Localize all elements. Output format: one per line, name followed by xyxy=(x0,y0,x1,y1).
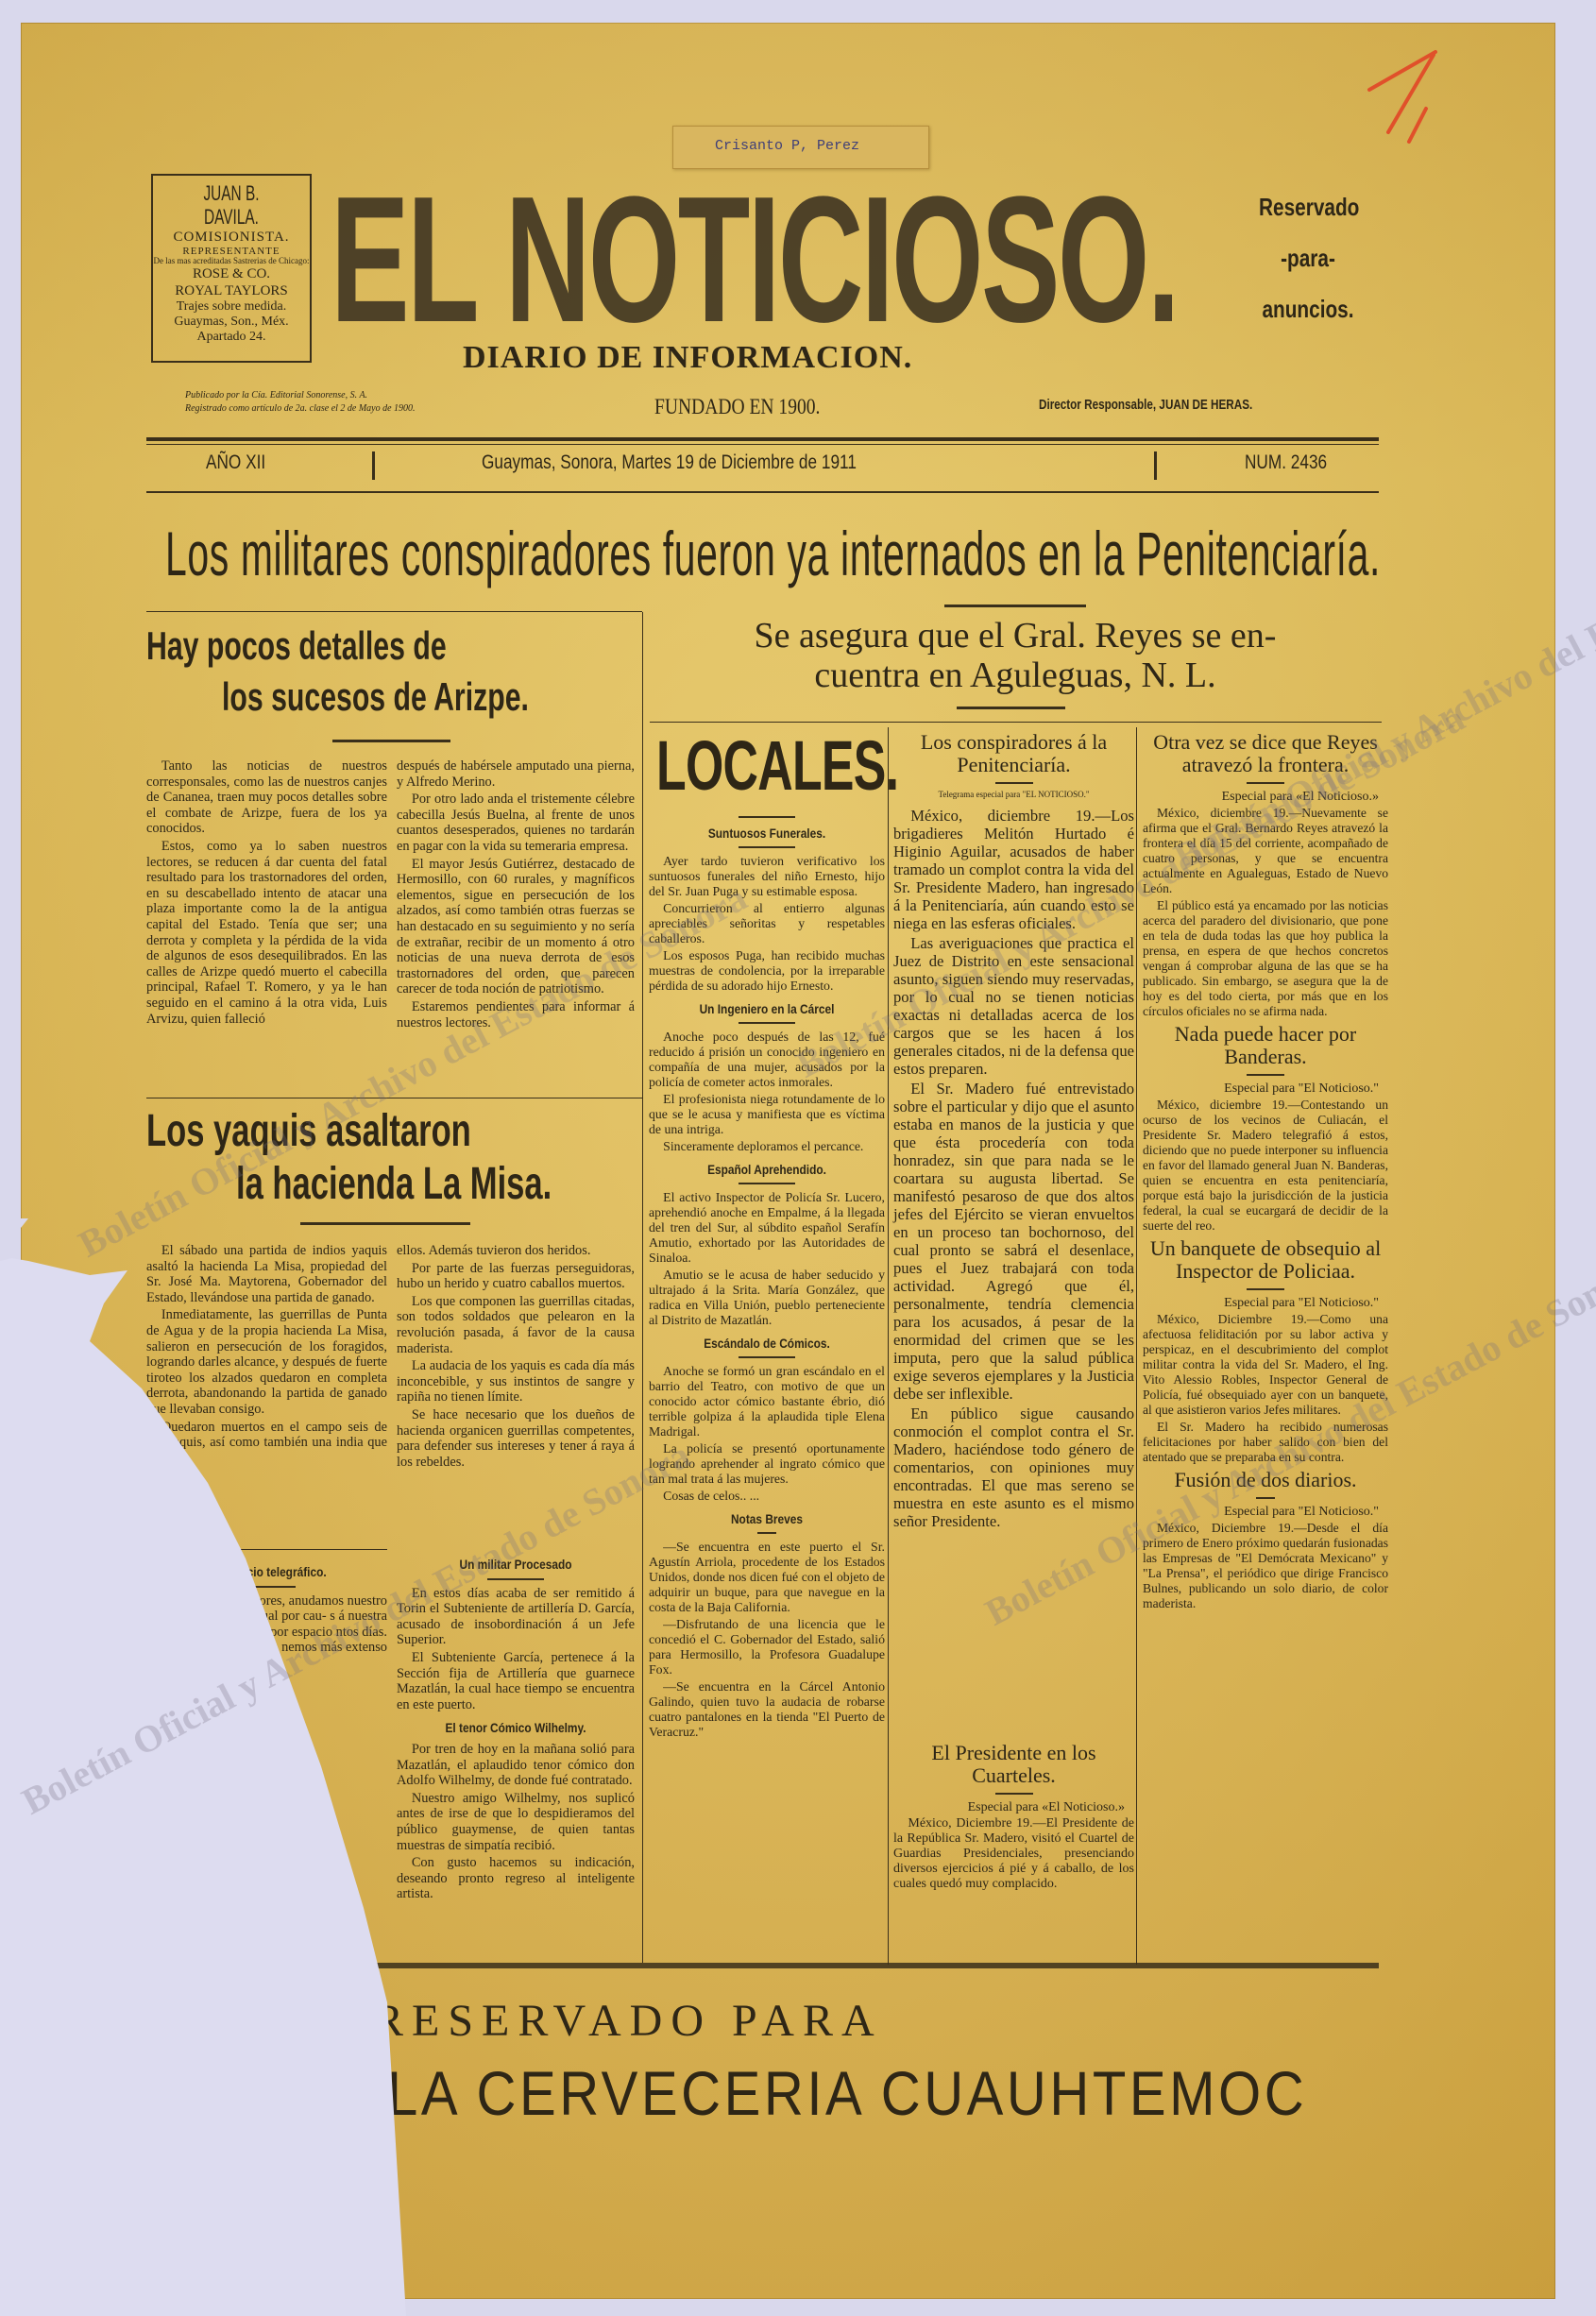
telegram-credit: Telegrama especial para "EL NOTICIOSO." xyxy=(893,790,1134,799)
paragraph: Las averiguaciones que practica el Juez … xyxy=(893,934,1134,1078)
telegrafico-text: o verán nuestros lectores, anudamos nues… xyxy=(146,1593,387,1656)
column-divider xyxy=(1136,727,1137,1965)
archive-label: Crisanto P, Perez xyxy=(673,127,928,154)
masthead-rule xyxy=(146,437,1379,441)
dateline-divider xyxy=(372,451,375,480)
section-rule xyxy=(146,1098,642,1098)
section-rule xyxy=(146,611,642,612)
section-rule xyxy=(650,722,1382,723)
cuarteles-heading: El Presidente en los Cuarteles. xyxy=(893,1742,1134,1787)
paragraph: Anoche se formó un gran escándalo en el … xyxy=(649,1364,885,1439)
red-pencil-mark-icon xyxy=(1360,47,1445,151)
publisher-info: Publicado por la Cía. Editorial Sonorens… xyxy=(185,389,416,415)
paragraph: Se hace necesario que los dueños de haci… xyxy=(397,1407,635,1470)
paragraph: México, Diciembre 19.—Desde el día prime… xyxy=(1143,1521,1388,1611)
locales-column: Suntuosos Funerales. Ayer tardo tuvieron… xyxy=(649,810,885,1742)
yaquis-headline-2: la hacienda La Misa. xyxy=(236,1160,552,1209)
paragraph: Concurrieron al entierro algunas aprecia… xyxy=(649,901,885,946)
locales-heading: LOCALES. xyxy=(656,725,898,806)
telegrafico-heading: El servicio telegráfico. xyxy=(164,1564,369,1580)
separator xyxy=(487,1578,544,1580)
dateline-rule xyxy=(146,491,1379,493)
bottom-ad-line-1: RESERVADO PARA xyxy=(373,1995,883,2047)
section-title: Un Ingeniero en la Cárcel xyxy=(667,1001,868,1016)
paragraph: Ayer tardo tuvieron verificativo los sun… xyxy=(649,854,885,899)
paragraph: —Se encuentra en la Cárcel Antonio Galin… xyxy=(649,1679,885,1740)
separator xyxy=(739,816,795,818)
paragraph: Los esposos Puga, han recibido muchas mu… xyxy=(649,948,885,994)
yaquis-column-2: ellos. Además tuvieron dos heridos. Por … xyxy=(397,1243,635,1472)
paragraph: Estos, como ya lo saben nuestros lectore… xyxy=(146,839,387,1027)
arizpe-column-2: después de habérsele amputado una pierna… xyxy=(397,758,635,1032)
especial-credit: Especial para «El Noticioso.» xyxy=(1143,790,1388,804)
director-line: Director Responsable, JUAN DE HERAS. xyxy=(1039,397,1252,413)
separator xyxy=(739,1356,795,1358)
paragraph: El sábado una partida de indios yaquis a… xyxy=(146,1243,387,1305)
paragraph: La policía se presentó oportunamente log… xyxy=(649,1441,885,1487)
yaquis-column-1: El sábado una partida de indios yaquis a… xyxy=(146,1243,387,1468)
separator xyxy=(1247,782,1284,784)
telegrafico-article: El servicio telegráfico. o verán nuestro… xyxy=(146,1557,387,1658)
main-headline: Los militares conspiradores fueron ya in… xyxy=(165,518,1381,589)
separator xyxy=(1247,1074,1284,1076)
paragraph: En estos días acaba de ser remitido á To… xyxy=(397,1586,635,1648)
dateline-divider xyxy=(1154,451,1157,480)
reyes-headline-2: cuentra en Aguleguas, N. L. xyxy=(652,656,1379,695)
militar-heading: Un militar Procesado xyxy=(415,1557,617,1573)
reserved-ad-space: Reservado -para- anuncios. xyxy=(1259,181,1357,334)
paragraph: Tanto las noticias de nuestros correspon… xyxy=(146,758,387,837)
separator xyxy=(739,1183,795,1184)
column-divider xyxy=(642,612,643,1963)
headline-rule xyxy=(944,605,1086,607)
paragraph: Quedaron muertos en el campo seis de los… xyxy=(146,1420,387,1467)
paragraph: Anoche poco después de las 12, fué reduc… xyxy=(649,1030,885,1090)
section-title: Escándalo de Cómicos. xyxy=(667,1336,868,1351)
cuarteles-article: El Presidente en los Cuarteles. Especial… xyxy=(893,1738,1134,1894)
headline-rule xyxy=(300,1222,470,1225)
headline-rule xyxy=(957,707,1065,709)
especial-credit: Especial para "El Noticioso." xyxy=(1143,1505,1388,1519)
yaquis-headline-1: Los yaquis asaltaron xyxy=(146,1107,471,1156)
ad-name: JUAN B. DAVILA. xyxy=(177,181,286,230)
section-title: Suntuosos Funerales. xyxy=(667,826,868,841)
ad-firm1: ROSE & CO. xyxy=(153,266,310,282)
issue-number: NUM. 2436 xyxy=(1245,451,1327,474)
paragraph: Los que componen las guerrillas citadas,… xyxy=(397,1294,635,1356)
right-column: Otra vez se dice que Reyes atravezó la f… xyxy=(1143,727,1388,1613)
publisher-line: Publicado por la Cía. Editorial Sonorens… xyxy=(185,389,416,402)
ad-role: COMISIONISTA. xyxy=(153,230,310,246)
paragraph: El activo Inspector de Policía Sr. Lucer… xyxy=(649,1190,885,1266)
banderas-heading: Nada puede hacer por Banderas. xyxy=(1143,1023,1388,1068)
paragraph: Por tren de hoy en la mañana solió para … xyxy=(397,1742,635,1789)
paragraph: Nuestro amigo Wilhelmy, nos suplicó ante… xyxy=(397,1791,635,1853)
paragraph: En público sigue causando conmoción el c… xyxy=(893,1405,1134,1530)
founded-line: FUNDADO EN 1900. xyxy=(654,395,820,419)
ad-trajes: Trajes sobre medida. xyxy=(153,299,310,315)
bottom-rule xyxy=(359,1963,1379,1968)
ad-apartado: Apartado 24. xyxy=(153,330,310,345)
frontera-heading: Otra vez se dice que Reyes atravezó la f… xyxy=(1143,731,1388,776)
paragraph: Por otro lado anda el tristemente célebr… xyxy=(397,792,635,854)
separator xyxy=(757,1532,776,1534)
reyes-headline: Se asegura que el Gral. Reyes se en- cue… xyxy=(652,616,1379,695)
paragraph: Por parte de las fuerzas perseguidoras, … xyxy=(397,1261,635,1292)
registration-line: Registrado como artículo de 2a. clase el… xyxy=(185,402,416,416)
year-label: AÑO XII xyxy=(206,451,265,474)
advertisement-box: JUAN B. DAVILA. COMISIONISTA. REPRESENTA… xyxy=(151,174,312,363)
tenor-heading: El tenor Cómico Wilhelmy. xyxy=(415,1720,617,1736)
paragraph: —Disfrutando de una licencia que le conc… xyxy=(649,1617,885,1677)
fusion-heading: Fusión de dos diarios. xyxy=(1143,1469,1388,1491)
paragraph: Estaremos pendientes para informar á nue… xyxy=(397,999,635,1030)
especial-credit: Especial para «El Noticioso.» xyxy=(893,1800,1134,1814)
paragraph: El mayor Jesús Gutiérrez, destacado de H… xyxy=(397,857,635,997)
reyes-headline-1: Se asegura que el Gral. Reyes se en- xyxy=(652,616,1379,656)
paragraph: México, diciembre 19.—Nuevamente se afir… xyxy=(1143,806,1388,896)
bottom-ad-line-2: LA CERVECERIA CUAUHTEMOC xyxy=(387,2057,1307,2129)
paragraph: El Sr. Madero fué entrevistado sobre el … xyxy=(893,1080,1134,1403)
separator xyxy=(1256,1497,1275,1499)
conspiradores-article: Los conspiradores á la Penitenciaría. Te… xyxy=(893,727,1134,1532)
separator xyxy=(995,1793,1033,1795)
especial-credit: Especial para "El Noticioso." xyxy=(1143,1296,1388,1310)
paragraph: —Se encuentra en este puerto el Sr. Agus… xyxy=(649,1540,885,1615)
newspaper-subtitle: DIARIO DE INFORMACION. xyxy=(463,340,912,376)
paragraph: Con gusto hacemos su indicación, deseand… xyxy=(397,1855,635,1902)
paragraph: México, diciembre 19.—Los brigadieres Me… xyxy=(893,807,1134,932)
paragraph: Sinceramente deploramos el percance. xyxy=(649,1139,885,1154)
section-rule xyxy=(146,1549,387,1550)
paragraph: después de habérsele amputado una pierna… xyxy=(397,758,635,790)
reservado-line: -para- xyxy=(1259,232,1357,283)
reservado-line: anuncios. xyxy=(1259,283,1357,334)
reservado-line: Reservado xyxy=(1259,181,1357,232)
paragraph: El profesionista niega rotundamente de l… xyxy=(649,1092,885,1137)
paragraph: Amutio se le acusa de haber seducido y u… xyxy=(649,1268,885,1328)
paragraph: El Subteniente García, pertenece á la Se… xyxy=(397,1650,635,1712)
arizpe-headline-1: Hay pocos detalles de xyxy=(146,622,447,671)
paragraph: El Sr. Madero ha recibido numerosas feli… xyxy=(1143,1420,1388,1465)
paragraph: La audacia de los yaquis es cada día más… xyxy=(397,1358,635,1405)
paragraph: México, Diciembre 19.—Como una afectuosa… xyxy=(1143,1312,1388,1418)
dateline: Guaymas, Sonora, Martes 19 de Diciembre … xyxy=(482,451,857,474)
paragraph: ellos. Además tuvieron dos heridos. xyxy=(397,1243,635,1259)
ad-city: Guaymas, Son., Méx. xyxy=(153,315,310,330)
especial-credit: Especial para "El Noticioso." xyxy=(1143,1081,1388,1096)
separator xyxy=(739,846,795,848)
masthead-rule xyxy=(146,444,1379,445)
arizpe-headline-2: los sucesos de Arizpe. xyxy=(222,673,529,722)
section-title: Notas Breves xyxy=(667,1511,868,1526)
separator xyxy=(995,782,1033,784)
column-divider xyxy=(888,727,889,1965)
paragraph: Inmediatamente, las guerrillas de Punta … xyxy=(146,1307,387,1417)
militar-article: Un militar Procesado En estos días acaba… xyxy=(397,1549,635,1904)
separator xyxy=(239,1586,296,1588)
headline-rule xyxy=(332,740,450,742)
newspaper-title: EL NOTICIOSO. xyxy=(331,179,923,340)
paragraph: El público está ya encamado por las noti… xyxy=(1143,898,1388,1019)
ad-firm2: ROYAL TAYLORS xyxy=(153,283,310,299)
separator xyxy=(1247,1288,1284,1290)
conspiradores-heading: Los conspiradores á la Penitenciaría. xyxy=(893,731,1134,776)
banquete-heading: Un banquete de obsequio al Inspector de … xyxy=(1143,1237,1388,1283)
paragraph: Cosas de celos.. ... xyxy=(649,1489,885,1504)
section-title: Español Aprehendido. xyxy=(667,1162,868,1177)
paragraph: México, Diciembre 19.—El Presidente de l… xyxy=(893,1816,1134,1892)
ad-rep-desc: De las mas acreditadas Sastrerias de Chi… xyxy=(153,257,310,266)
arizpe-column-1: Tanto las noticias de nuestros correspon… xyxy=(146,758,387,1029)
separator xyxy=(739,1022,795,1024)
paragraph: México, diciembre 19.—Contestando un ocu… xyxy=(1143,1098,1388,1234)
